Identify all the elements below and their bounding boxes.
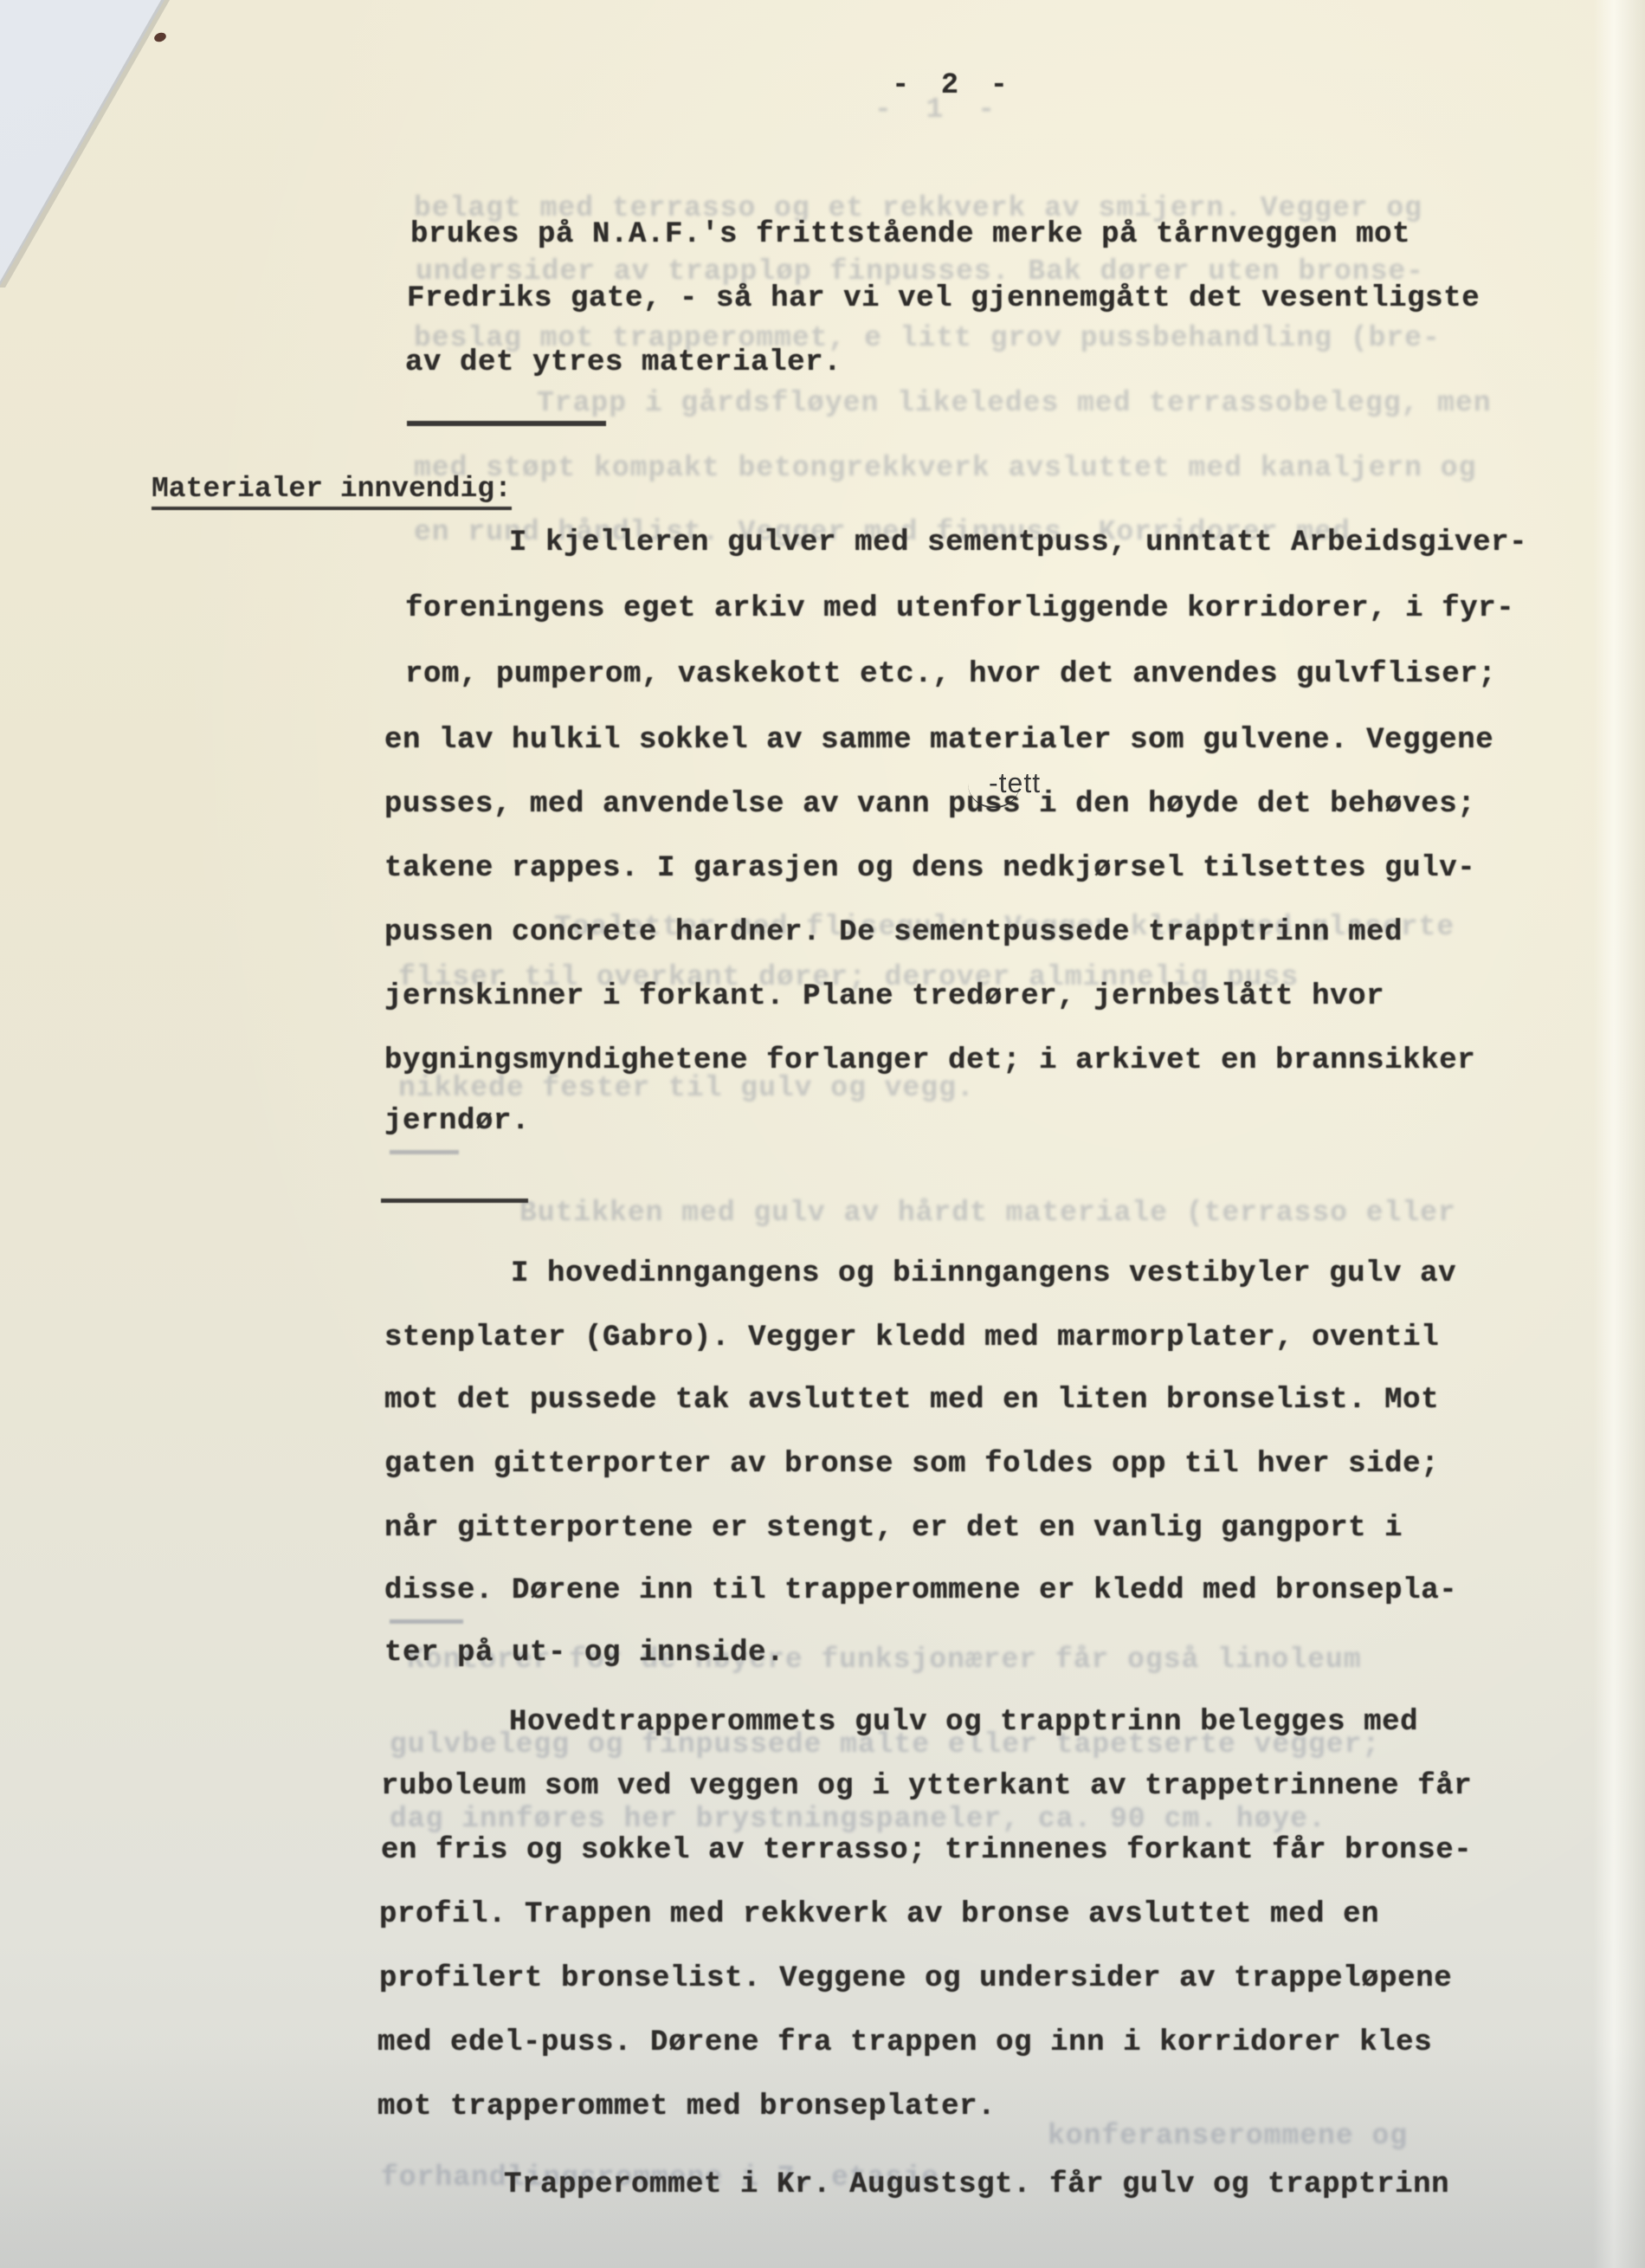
body-line: jerndør. [384,1105,530,1138]
page-fold-shadow [1593,0,1645,2268]
body-line: disse. Dørene inn til trapperommene er k… [384,1574,1457,1607]
body-line: ter på ut- og innside. [384,1637,784,1670]
body-line: mot det pussede tak avsluttet med en lit… [384,1384,1439,1417]
body-line: brukes på N.A.F.'s frittstående merke på… [410,218,1410,251]
body-line: rom, pumperom, vaskekott etc., hvor det … [405,658,1496,691]
body-line: ruboleum som ved veggen og i ytterkant a… [381,1770,1472,1803]
ghost-rule [390,1619,463,1624]
body-line: når gitterportene er stengt, er det en v… [384,1512,1403,1545]
body-line: bygningsmyndighetene forlanger det; i ar… [384,1044,1475,1077]
body-line: mot trapperommet med bronseplater. [377,2090,996,2123]
body-line: stenplater (Gabro). Vegger kledd med mar… [384,1321,1439,1354]
body-line: I kjelleren gulver med sementpuss, unnta… [509,527,1527,559]
body-line: Fredriks gate, - så har vi vel gjennemgå… [407,282,1480,315]
body-line: pusses, med anvendelse av vann puss i de… [384,788,1475,821]
section-heading: Materialer innvendig: [152,473,512,510]
body-line: takene rappes. I garasjen og dens nedkjø… [384,852,1475,885]
body-line: profilert bronselist. Veggene og undersi… [379,1962,1452,1995]
section-divider [381,1199,528,1203]
body-line: I hovedinngangens og biinngangens vestib… [511,1257,1456,1290]
body-line: en lav hulkil sokkel av samme materialer… [384,724,1493,757]
body-line: jernskinner i forkant. Plane tredører, j… [384,980,1384,1013]
body-line: Trapperommet i Kr. Augustsgt. får gulv o… [504,2168,1449,2201]
body-line: med edel-puss. Dørene fra trappen og inn… [377,2026,1432,2059]
section-divider [407,421,606,426]
body-line: foreningens eget arkiv med utenforliggen… [405,592,1514,625]
body-line: en fris og sokkel av terrasso; trinnenes… [381,1834,1472,1867]
body-line: pussen concrete hardner. De sementpussed… [384,916,1403,949]
page-number: - 2 - [892,69,1015,102]
page-bottom-shadow [0,2043,1645,2268]
body-line: gaten gitterporter av bronse som foldes … [384,1448,1439,1481]
body-line: profil. Trappen med rekkverk av bronse a… [379,1898,1379,1931]
body-line: Hovedtrapperommets gulv og trapptrinn be… [509,1706,1418,1739]
ghost-rule [390,1150,459,1154]
body-line: av det ytres materialer. [405,346,842,379]
